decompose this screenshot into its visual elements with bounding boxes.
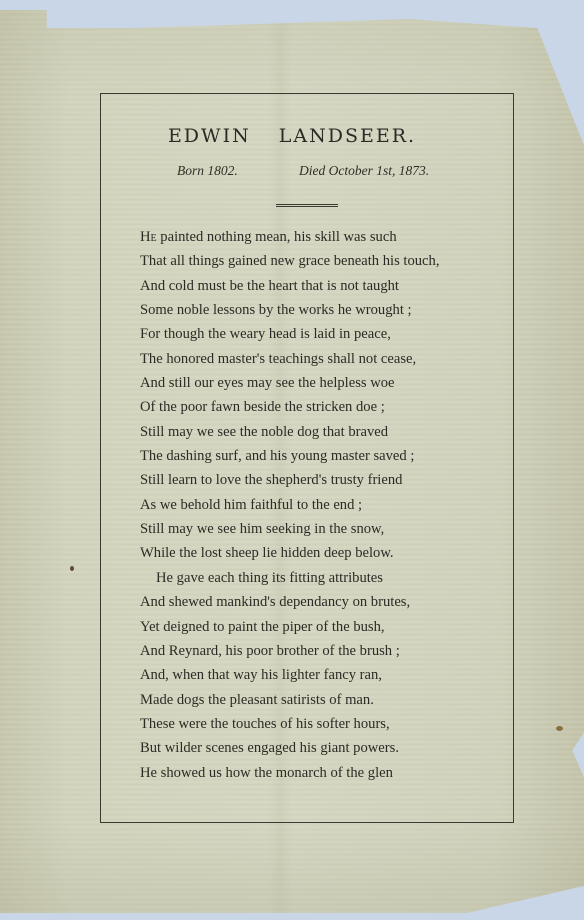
page-title: EDWIN LANDSEER.: [0, 125, 584, 147]
drop-word: He: [140, 229, 157, 245]
poem-line: That all things gained new grace beneath…: [140, 249, 500, 273]
title-first-name: EDWIN: [168, 125, 251, 147]
poem-line: He painted nothing mean, his skill was s…: [140, 225, 500, 249]
poem-line: Still learn to love the shepherd's trust…: [140, 468, 500, 492]
paper-stain: [70, 566, 74, 571]
poem-line: For though the weary head is laid in pea…: [140, 322, 500, 346]
poem-line: The dashing surf, and his young master s…: [140, 444, 500, 468]
death-date: Died October 1st, 1873.: [299, 163, 429, 179]
poem-line: And, when that way his lighter fancy ran…: [140, 663, 500, 687]
poem-line: Still may we see the noble dog that brav…: [140, 420, 500, 444]
ornamental-divider: [276, 204, 338, 207]
poem-line: Some noble lessons by the works he wroug…: [140, 298, 500, 322]
poem-line-indented: He gave each thing its fitting attribute…: [140, 566, 500, 590]
poem-line: Still may we see him seeking in the snow…: [140, 517, 500, 541]
birth-date: Born 1802.: [177, 163, 238, 179]
poem-line: Made dogs the pleasant satirists of man.: [140, 688, 500, 712]
title-last-name: LANDSEER.: [279, 125, 416, 147]
poem-line: The honored master's teachings shall not…: [140, 347, 500, 371]
poem-body: He painted nothing mean, his skill was s…: [140, 225, 500, 785]
poem-line: And Reynard, his poor brother of the bru…: [140, 639, 500, 663]
poem-line: And still our eyes may see the helpless …: [140, 371, 500, 395]
poem-line: And shewed mankind's dependancy on brute…: [140, 590, 500, 614]
poem-line: These were the touches of his softer hou…: [140, 712, 500, 736]
poem-line: But wilder scenes engaged his giant powe…: [140, 736, 500, 760]
poem-line: Of the poor fawn beside the stricken doe…: [140, 395, 500, 419]
poem-line: He showed us how the monarch of the glen: [140, 761, 500, 785]
poem-line: Yet deigned to paint the piper of the bu…: [140, 615, 500, 639]
poem-line: While the lost sheep lie hidden deep bel…: [140, 541, 500, 565]
poem-line: As we behold him faithful to the end ;: [140, 493, 500, 517]
poem-line: And cold must be the heart that is not t…: [140, 274, 500, 298]
paper-stain: [556, 726, 563, 731]
